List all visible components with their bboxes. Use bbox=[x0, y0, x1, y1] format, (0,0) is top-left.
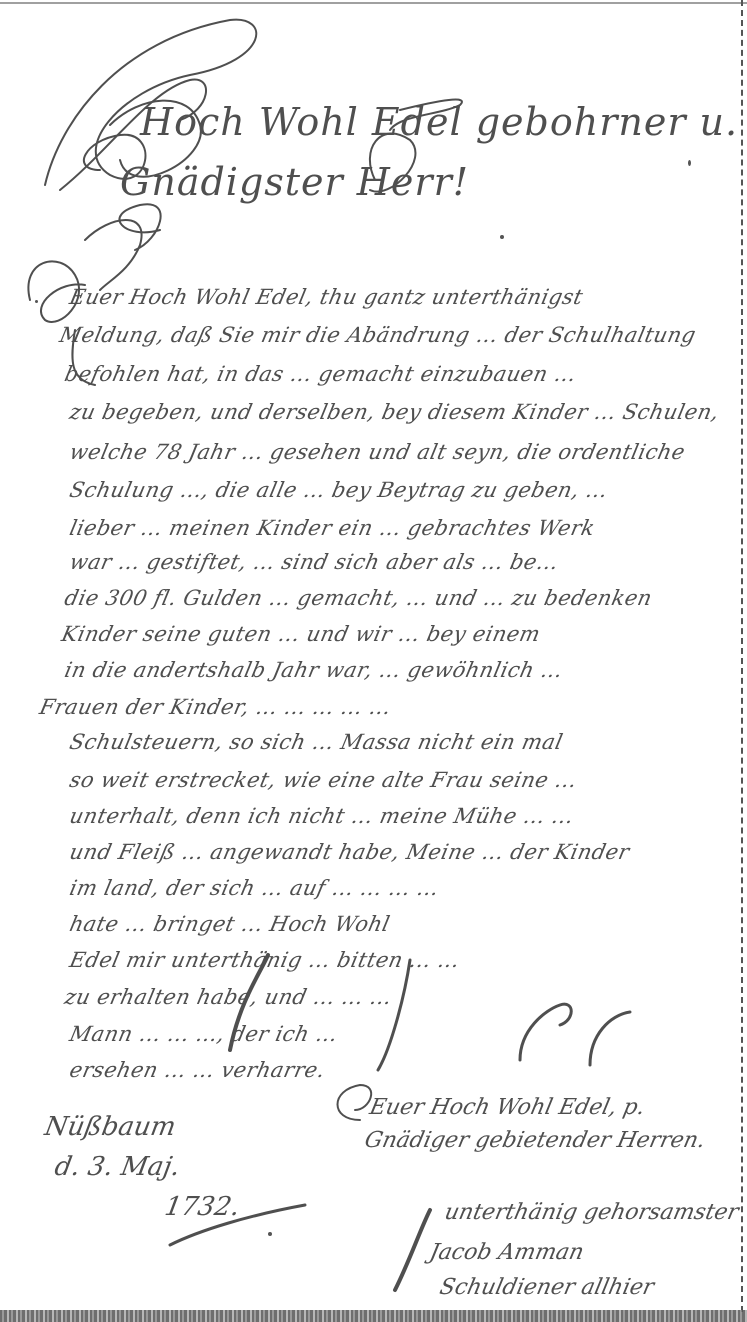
signature-name: Jacob Amman bbox=[427, 1240, 586, 1265]
scanned-letter-page: Hoch Wohl Edel gebohrner u. Gnädigster H… bbox=[0, 0, 747, 1322]
body-line: war ... gestiftet, ... sind sich aber al… bbox=[67, 550, 560, 574]
body-line: Frauen der Kinder, ... ... ... ... ... bbox=[37, 695, 393, 719]
salutation-line-2: Gnädigster Herr! bbox=[120, 160, 469, 204]
body-line: ersehen ... ... verharre. bbox=[67, 1058, 327, 1082]
body-line: in die andertshalb Jahr war, ... gewöhnl… bbox=[62, 658, 565, 682]
scan-edge-bottom bbox=[0, 1310, 747, 1322]
scan-speck bbox=[688, 160, 691, 166]
place-name: Nüßbaum bbox=[42, 1112, 178, 1142]
body-line: Schulsteuern, so sich ... Massa nicht ei… bbox=[67, 730, 565, 754]
body-line: Schulung ..., die alle ... bey Beytrag z… bbox=[67, 478, 610, 502]
scan-edge-right bbox=[737, 0, 743, 1312]
scan-speck bbox=[35, 300, 38, 303]
body-line: Kinder seine guten ... und wir ... bey e… bbox=[59, 622, 542, 646]
body-line: welche 78 Jahr ... gesehen und alt seyn,… bbox=[67, 440, 687, 464]
body-line: befohlen hat, in das ... gemacht einzuba… bbox=[62, 362, 578, 386]
body-line: unterhalt, denn ich nicht ... meine Mühe… bbox=[67, 804, 575, 828]
body-line: so weit erstrecket, wie eine alte Frau s… bbox=[67, 768, 579, 792]
scan-speck bbox=[500, 235, 504, 239]
scan-speck bbox=[268, 1232, 272, 1236]
body-line: Mann ... ... ..., der ich ... bbox=[67, 1022, 340, 1046]
body-line: Euer Hoch Wohl Edel, thu gantz unterthän… bbox=[67, 285, 585, 309]
body-line: zu erhalten habe, und ... ... ... bbox=[62, 985, 394, 1009]
scan-edge-top bbox=[0, 2, 747, 6]
body-line: zu begeben, und derselben, bey diesem Ki… bbox=[67, 400, 721, 424]
body-line: hate ... bringet ... Hoch Wohl bbox=[67, 912, 392, 936]
body-line: Edel mir unterthänig ... bitten ... ... bbox=[67, 948, 462, 972]
date-year: 1732. bbox=[162, 1192, 242, 1222]
closing-line-1: Euer Hoch Wohl Edel, p. bbox=[367, 1095, 647, 1120]
closing-line-2: Gnädiger gebietender Herren. bbox=[362, 1128, 707, 1153]
date-day-month: d. 3. Maj. bbox=[52, 1152, 182, 1182]
body-line: Meldung, daß Sie mir die Abändrung ... d… bbox=[57, 323, 698, 347]
signature-title: Schuldiener allhier bbox=[437, 1275, 656, 1300]
salutation-line-1: Hoch Wohl Edel gebohrner u. bbox=[140, 100, 738, 144]
body-line: lieber ... meinen Kinder ein ... gebrach… bbox=[67, 516, 597, 540]
closing-line-3: unterthänig gehorsamster bbox=[442, 1200, 740, 1225]
body-line: und Fleiß ... angewandt habe, Meine ... … bbox=[67, 840, 631, 864]
body-line: die 300 fl. Gulden ... gemacht, ... und … bbox=[62, 586, 654, 610]
body-line: im land, der sich ... auf ... ... ... ..… bbox=[67, 876, 441, 900]
